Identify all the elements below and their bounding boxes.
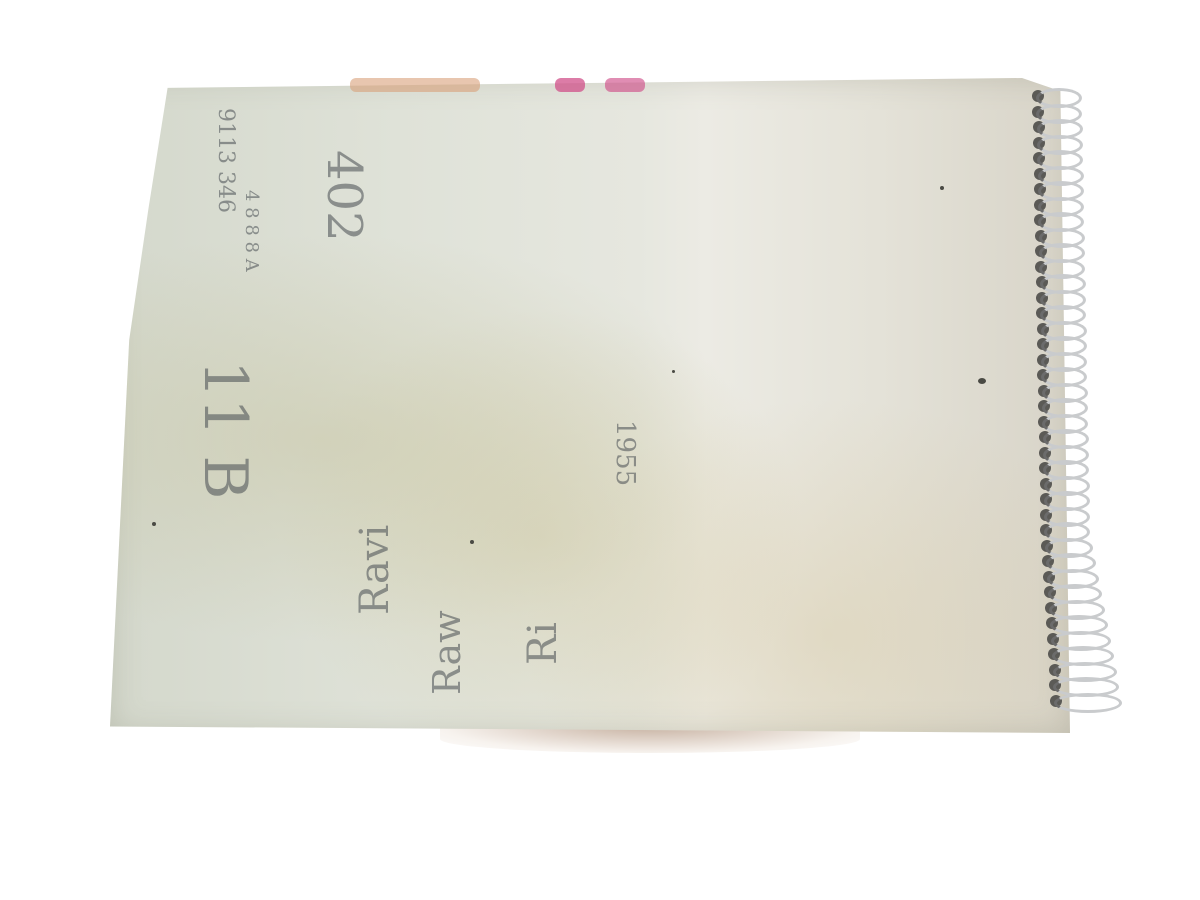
handwriting-5: Ravi — [352, 525, 398, 615]
coil-loop — [1054, 693, 1122, 713]
handwriting-7: Ri — [520, 622, 566, 665]
handwriting-4: 11 B — [190, 360, 260, 500]
speck — [978, 378, 986, 384]
speck — [470, 540, 474, 544]
speck — [940, 186, 944, 190]
stain-orange — [350, 78, 480, 92]
spiral-binding — [1028, 88, 1118, 728]
handwriting-3: 402 — [316, 150, 372, 242]
handwriting-8: 1955 — [610, 420, 640, 486]
handwriting-6: Raw — [425, 610, 469, 695]
stain-pink-2 — [605, 78, 645, 92]
stain-pink — [555, 78, 585, 92]
speck — [152, 522, 156, 526]
handwriting-1: 9113 346 — [213, 108, 238, 213]
speck — [672, 370, 675, 373]
handwriting-2: 4 8 8 8 A — [241, 190, 262, 272]
